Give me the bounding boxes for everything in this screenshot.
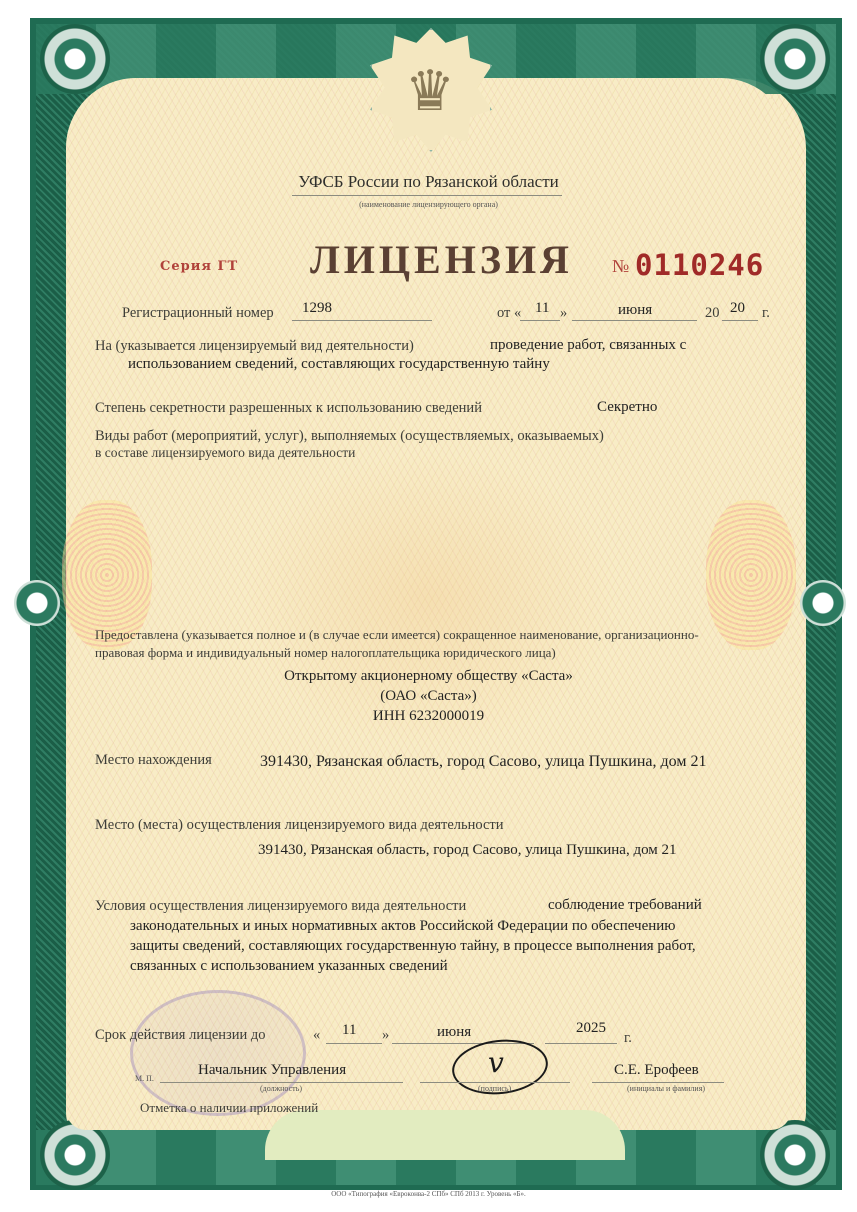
field-underline [722, 320, 758, 321]
number-sign: № [612, 256, 629, 277]
activity-place-value: 391430, Рязанская область, город Сасово,… [258, 842, 677, 859]
side-rosette-icon [800, 580, 846, 626]
field-underline [520, 320, 560, 321]
document-title: ЛИЦЕНЗИЯ [310, 236, 573, 283]
validity-month: июня [437, 1024, 471, 1041]
validity-year-unit: г. [624, 1030, 632, 1047]
conditions-value-3: защиты сведений, составляющих государств… [130, 938, 696, 955]
activity-place-label: Место (места) осуществления лицензируемо… [95, 817, 504, 834]
validity-day: 11 [342, 1022, 356, 1039]
position-caption: (должность) [260, 1084, 302, 1093]
company-inn: ИНН 6232000019 [0, 708, 857, 725]
signer-name: С.Е. Ерофеев [614, 1062, 699, 1079]
signature-caption: (подпись) [478, 1084, 511, 1093]
activity-label: На (указывается лицензируемый вид деятел… [95, 338, 414, 355]
conditions-value-2: законодательных и иных нормативных актов… [130, 918, 676, 935]
location-label: Место нахождения [95, 752, 212, 769]
field-underline [545, 1043, 617, 1044]
official-stamp [130, 990, 306, 1116]
field-underline [292, 320, 432, 321]
work-types-label-2: в составе лицензируемого вида деятельнос… [95, 445, 355, 461]
double-headed-eagle-icon: ♛ [400, 52, 460, 132]
signature-glyph: v [488, 1046, 504, 1079]
field-underline [160, 1082, 403, 1083]
corner-rosette-icon [40, 1120, 110, 1190]
side-rosette-icon [14, 580, 60, 626]
conditions-value-1: соблюдение требований [548, 897, 702, 914]
printer-imprint: ООО «Типография «Евроконва-2 СПб» СПб 20… [0, 1190, 857, 1198]
activity-value-1: проведение работ, связанных с [490, 337, 686, 354]
work-types-label-1: Виды работ (мероприятий, услуг), выполня… [95, 428, 604, 445]
corner-rosette-icon [760, 1120, 830, 1190]
ribbon-ornament [706, 500, 796, 650]
year-prefix: 20 [705, 305, 720, 322]
validity-year: 2025 [576, 1020, 606, 1037]
registration-label: Регистрационный номер [122, 305, 274, 322]
granted-label-2: правовая форма и индивидуальный номер на… [95, 645, 556, 661]
attachments-label: Отметка о наличии приложений [140, 1100, 318, 1116]
granted-label-1: Предоставлена (указывается полное и (в с… [95, 627, 699, 643]
location-value: 391430, Рязанская область, город Сасово,… [260, 753, 706, 771]
signer-position: Начальник Управления [198, 1062, 346, 1079]
field-underline [326, 1043, 382, 1044]
stamp-mark: М. П. [135, 1074, 154, 1083]
licensing-authority: УФСБ России по Рязанской области [0, 172, 857, 192]
registration-month: июня [618, 302, 652, 319]
secrecy-value: Секретно [597, 399, 657, 416]
company-short-name: (ОАО «Саста») [0, 688, 857, 705]
date-close: » [560, 305, 567, 322]
company-full-name: Открытому акционерному обществу «Саста» [0, 668, 857, 685]
attachment-area [265, 1110, 625, 1160]
authority-caption: (наименование лицензирующего органа) [0, 200, 857, 209]
divider [292, 195, 562, 196]
validity-close-quote: » [382, 1027, 389, 1044]
eagle-watermark [240, 450, 620, 750]
corner-rosette-icon [40, 24, 110, 94]
field-underline [420, 1082, 570, 1083]
secrecy-label: Степень секретности разрешенных к исполь… [95, 400, 482, 417]
conditions-label: Условия осуществления лицензируемого вид… [95, 898, 466, 915]
field-underline [572, 320, 697, 321]
date-prefix: от « [497, 305, 521, 322]
registration-year: 20 [730, 300, 745, 317]
name-caption: (инициалы и фамилия) [627, 1084, 705, 1093]
validity-label: Срок действия лицензии до [95, 1027, 266, 1044]
series-label: Серия ГТ [160, 259, 238, 274]
year-unit: г. [762, 305, 770, 322]
license-number: 0110246 [635, 248, 764, 282]
field-underline [592, 1082, 724, 1083]
registration-number: 1298 [302, 300, 332, 317]
corner-rosette-icon [760, 24, 830, 94]
conditions-value-4: связанных с использованием указанных све… [130, 958, 448, 975]
registration-day: 11 [535, 300, 549, 317]
activity-value-2: использованием сведений, составляющих го… [128, 356, 550, 373]
validity-open-quote: « [313, 1027, 320, 1044]
